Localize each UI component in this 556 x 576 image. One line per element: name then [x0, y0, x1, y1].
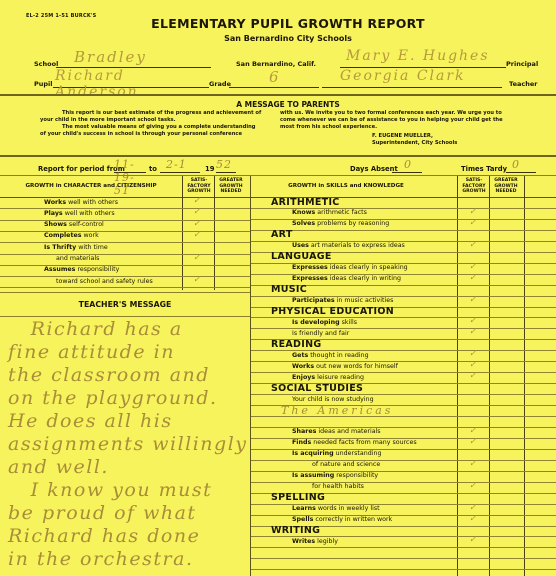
character-table: GROWTH in CHARACTER and CITIZENSHIPSATIS… — [0, 176, 250, 290]
grade-value: 6 — [269, 68, 281, 86]
item-text: ideas clearly in speaking — [328, 264, 408, 271]
subject-heading: READING — [271, 339, 321, 350]
check-mark: ✓ — [469, 240, 477, 250]
item-keyword: Completes — [44, 232, 81, 239]
subject-heading: ART — [271, 229, 293, 240]
letter-line: Richard has done — [8, 525, 253, 548]
item-text: legibly — [315, 538, 338, 545]
item-keyword: Uses — [292, 242, 309, 249]
check-mark: ✓ — [469, 371, 477, 381]
satisfactory-column-header: SATIS-FACTORYGROWTH — [457, 178, 491, 195]
school-field: Bradley — [56, 52, 211, 68]
times-tardy-field: 0 — [506, 160, 536, 173]
check-mark: ✓ — [469, 459, 477, 469]
parents-message-right: with us. We invite you to two formal con… — [280, 110, 505, 131]
list-item: Is Thrifty with time — [44, 244, 108, 251]
column-line — [524, 176, 525, 576]
list-item: Is assuming responsibility — [292, 472, 378, 479]
list-item: and materials — [56, 255, 99, 262]
item-keyword: Plays — [44, 210, 63, 217]
item-text: Your child is now studying — [292, 396, 374, 403]
times-tardy-value: 0 — [512, 158, 520, 171]
list-item: Shares ideas and materials — [292, 428, 381, 435]
column-header-line: GREATER — [489, 178, 523, 184]
column-header-line: GROWTH — [182, 189, 216, 195]
teacher-field: Georgia Clark — [322, 72, 502, 88]
list-item: Participates in music activities — [292, 297, 393, 304]
check-mark: ✓ — [469, 295, 477, 305]
list-item: Is acquiring understanding — [292, 450, 381, 457]
principal-field: Mary E. Hughes — [340, 52, 506, 68]
divider — [0, 316, 250, 317]
year-field: 52 — [216, 160, 236, 173]
teacher-label: Teacher — [509, 80, 537, 88]
teacher-message-text: Richard has afine attitude inthe classro… — [8, 318, 253, 571]
letter-line: on the playground. — [8, 387, 253, 410]
list-item: Learns words in weekly list — [292, 505, 380, 512]
row-line — [0, 242, 250, 243]
item-text: responsibility — [334, 472, 378, 479]
letter-line: the classroom and — [8, 364, 253, 387]
item-keyword: Works — [292, 363, 314, 370]
period-from-field: 11-19-51 — [114, 160, 146, 173]
teacher-message-title: TEACHER'S MESSAGE — [0, 300, 250, 309]
grade-field: 6 — [229, 72, 319, 88]
check-mark: ✓ — [469, 503, 477, 513]
year-value: 52 — [216, 158, 232, 171]
pupil-field: Richard Anderson — [53, 72, 209, 88]
times-tardy-label: Times Tardy — [461, 165, 507, 173]
item-text: correctly in written work — [313, 516, 392, 523]
letter-line: and well. — [8, 456, 253, 479]
item-keyword: Shows — [44, 221, 67, 228]
check-mark: ✓ — [469, 327, 477, 337]
days-absent-field: 0 — [392, 160, 422, 173]
letter-line: in the orchestra. — [8, 548, 253, 571]
parents-message-p1: This report is our best estimate of the … — [40, 110, 262, 124]
report-title: ELEMENTARY PUPIL GROWTH REPORT — [0, 16, 556, 31]
row-line — [251, 460, 556, 461]
list-item: Works out new words for himself — [292, 363, 398, 370]
list-item: Solves problems by reasoning — [292, 220, 389, 227]
check-mark: ✓ — [469, 360, 477, 370]
list-item: Enjoys leisure reading — [292, 374, 364, 381]
row-line — [251, 558, 556, 559]
check-mark: ✓ — [469, 262, 477, 272]
signer-title: Superintendent, City Schools — [372, 140, 457, 147]
item-text: self-control — [67, 221, 104, 228]
item-text: Is friendly and fair — [292, 330, 349, 337]
divider — [0, 292, 250, 293]
row-line — [0, 220, 250, 221]
teacher-value: Georgia Clark — [340, 68, 466, 84]
signer-name: F. EUGENE MUELLER, — [372, 133, 457, 140]
column-line — [214, 176, 215, 290]
subject-heading: SPELLING — [271, 492, 325, 503]
list-item: of nature and science — [312, 461, 380, 468]
check-mark: ✓ — [469, 535, 477, 545]
item-text: with time — [76, 244, 108, 251]
item-text: needed facts from many sources — [311, 439, 416, 446]
parents-message-p3: with us. We invite you to two formal con… — [280, 110, 505, 131]
item-text: words in weekly list — [316, 505, 380, 512]
table-heading: GROWTH in SKILLS and KNOWLEDGE — [251, 183, 441, 189]
greater-growth-column-header: GREATERGROWTHNEEDED — [214, 178, 248, 195]
list-item: Assumes responsibility — [44, 266, 119, 273]
list-item: for health habits — [312, 483, 364, 490]
item-text: thought in reading — [308, 352, 368, 359]
check-mark: ✓ — [469, 207, 477, 217]
letter-line: fine attitude in — [8, 341, 253, 364]
item-text: in music activities — [335, 297, 394, 304]
row-line — [0, 254, 250, 255]
row-line — [251, 569, 556, 570]
item-keyword: Spells — [292, 516, 313, 523]
table-heading: GROWTH in CHARACTER and CITIZENSHIP — [0, 183, 182, 189]
letter-line: assignments willingly — [8, 433, 253, 456]
item-text: understanding — [334, 450, 382, 457]
list-item: Uses art materials to express ideas — [292, 242, 405, 249]
check-mark: ✓ — [469, 481, 477, 491]
grade-label: Grade — [209, 80, 231, 88]
list-item: Knows arithmetic facts — [292, 209, 367, 216]
item-text: art materials to express ideas — [309, 242, 405, 249]
row-line — [251, 482, 556, 483]
item-keyword: Is assuming — [292, 472, 334, 479]
school-label: School — [34, 60, 58, 68]
year-prefix: 19 — [205, 165, 214, 173]
list-item: Expresses ideas clearly in writing — [292, 275, 401, 282]
subject-heading: PHYSICAL EDUCATION — [271, 306, 394, 317]
column-header-line: NEEDED — [214, 189, 248, 195]
list-item: Spells correctly in written work — [292, 516, 392, 523]
item-keyword: Finds — [292, 439, 311, 446]
list-item: Your child is now studying — [292, 396, 374, 403]
list-item: Is developing skills — [292, 319, 357, 326]
check-mark: ✓ — [193, 230, 201, 240]
item-text: arithmetic facts — [315, 209, 367, 216]
item-text: well with others — [66, 199, 118, 206]
list-item: Is friendly and fair — [292, 330, 349, 337]
list-item: Plays well with others — [44, 210, 115, 217]
item-keyword: Learns — [292, 505, 316, 512]
check-mark: ✓ — [469, 514, 477, 524]
item-text: for health habits — [312, 483, 364, 490]
item-text: responsibility — [75, 266, 119, 273]
item-text: ideas clearly in writing — [328, 275, 401, 282]
skills-table: GROWTH in SKILLS and KNOWLEDGESATIS-FACT… — [251, 176, 556, 576]
greater-growth-column-header: GREATERGROWTHNEEDED — [489, 178, 523, 195]
days-absent-label: Days Absent — [350, 165, 398, 173]
check-mark: ✓ — [193, 219, 201, 229]
row-line — [0, 265, 250, 266]
district-name: San Bernardino City Schools — [0, 34, 556, 43]
item-keyword: Knows — [292, 209, 315, 216]
item-text: leisure reading — [315, 374, 364, 381]
row-line — [251, 416, 556, 417]
row-line — [0, 231, 250, 232]
item-keyword: Expresses — [292, 275, 328, 282]
days-absent-value: 0 — [404, 158, 412, 171]
check-mark: ✓ — [469, 218, 477, 228]
row-line — [0, 197, 250, 198]
list-item: Shows self-control — [44, 221, 104, 228]
parents-message-left: This report is our best estimate of the … — [40, 110, 262, 138]
item-keyword: Writes — [292, 538, 315, 545]
item-text: toward school and safety rules — [56, 278, 153, 285]
check-mark: ✓ — [469, 349, 477, 359]
period-label: Report for period from — [38, 165, 125, 173]
divider — [0, 94, 556, 96]
letter-line: He does all his — [8, 410, 253, 433]
principal-value: Mary E. Hughes — [346, 48, 490, 64]
period-to-label: to — [149, 165, 157, 173]
report-card: EL-2 25M 1-51 BURCK'S ELEMENTARY PUPIL G… — [0, 0, 556, 576]
divider — [0, 155, 556, 157]
row-line — [0, 287, 250, 288]
item-keyword: Is developing — [292, 319, 340, 326]
item-keyword: Shares — [292, 428, 316, 435]
item-keyword: Works — [44, 199, 66, 206]
list-item: Completes work — [44, 232, 99, 239]
item-text: problems by reasoning — [315, 220, 389, 227]
period-to-field: 2-1 — [160, 160, 200, 173]
letter-line: I know you must — [8, 479, 253, 502]
subject-heading: ARITHMETIC — [271, 197, 340, 208]
check-mark: ✓ — [469, 437, 477, 447]
city-label: San Bernardino, Calif. — [236, 60, 316, 68]
list-item: Works well with others — [44, 199, 118, 206]
item-text: work — [81, 232, 98, 239]
period-to-value: 2-1 — [166, 158, 187, 171]
school-value: Bradley — [74, 48, 147, 66]
letter-line: be proud of what — [8, 502, 253, 525]
item-keyword: Enjoys — [292, 374, 315, 381]
column-line — [457, 176, 458, 576]
check-mark: ✓ — [193, 253, 201, 263]
item-keyword: Is acquiring — [292, 450, 334, 457]
check-mark: ✓ — [193, 207, 201, 217]
item-keyword: Gets — [292, 352, 308, 359]
parents-message-p2: The most valuable means of giving you a … — [40, 124, 262, 138]
item-keyword: Assumes — [44, 266, 75, 273]
item-text: ideas and materials — [316, 428, 380, 435]
row-line — [251, 547, 556, 548]
item-keyword: Expresses — [292, 264, 328, 271]
check-mark: ✓ — [193, 275, 201, 285]
list-item: toward school and safety rules — [56, 278, 153, 285]
column-line — [489, 176, 490, 576]
item-text: out new words for himself — [314, 363, 398, 370]
item-keyword: Solves — [292, 220, 315, 227]
column-line — [182, 176, 183, 290]
item-text: skills — [340, 319, 357, 326]
subject-heading: SOCIAL STUDIES — [271, 383, 363, 394]
item-text: of nature and science — [312, 461, 380, 468]
column-header-line: NEEDED — [489, 189, 523, 195]
list-item: Expresses ideas clearly in speaking — [292, 264, 408, 271]
list-item: Gets thought in reading — [292, 352, 369, 359]
item-keyword: Is Thrifty — [44, 244, 76, 251]
signature-block: F. EUGENE MUELLER, Superintendent, City … — [372, 133, 457, 147]
item-keyword: Participates — [292, 297, 335, 304]
column-header-line: GROWTH — [457, 189, 491, 195]
list-item: Writes legibly — [292, 538, 338, 545]
check-mark: ✓ — [193, 196, 201, 206]
subject-heading: LANGUAGE — [271, 251, 332, 262]
satisfactory-column-header: SATIS-FACTORYGROWTH — [182, 178, 216, 195]
subject-heading: MUSIC — [271, 284, 307, 295]
row-line — [0, 208, 250, 209]
principal-label: Principal — [506, 60, 538, 68]
check-mark: ✓ — [469, 426, 477, 436]
item-text: well with others — [63, 210, 115, 217]
subject-heading: WRITING — [271, 525, 320, 536]
check-mark: ✓ — [469, 316, 477, 326]
parents-message-title: A MESSAGE TO PARENTS — [0, 100, 556, 109]
row-line — [251, 230, 556, 231]
pupil-label: Pupil — [34, 80, 53, 88]
check-mark: ✓ — [469, 273, 477, 283]
column-header-line: GREATER — [214, 178, 248, 184]
list-item: Finds needed facts from many sources — [292, 439, 417, 446]
letter-line: Richard has a — [8, 318, 253, 341]
item-text: and materials — [56, 255, 99, 262]
